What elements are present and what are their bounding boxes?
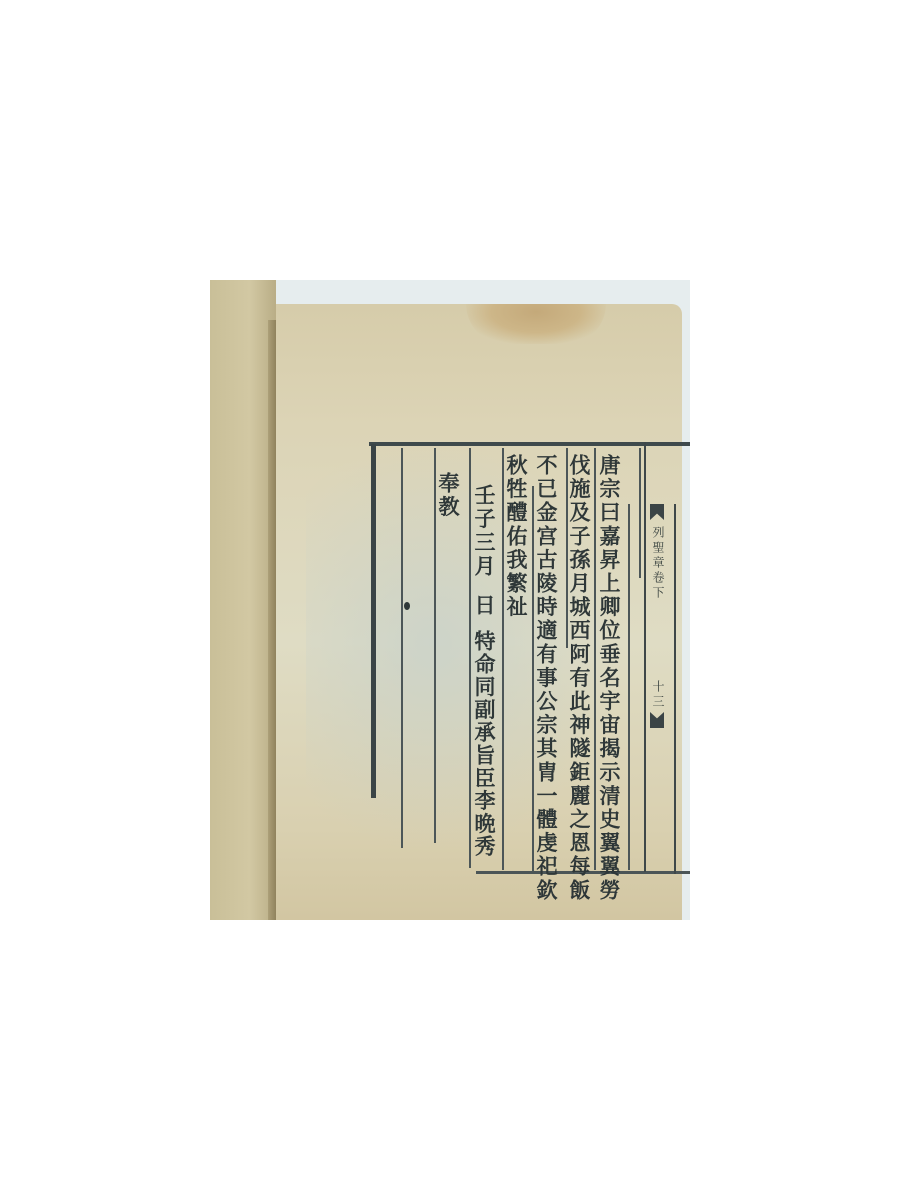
banxin-page-number: 十三 [652, 680, 664, 710]
date-day: 日 [474, 594, 495, 618]
upper-fishtail-mark [650, 504, 664, 520]
banxin-left-rule [644, 442, 646, 872]
right-page: 列聖章卷下 十三 唐宗曰嘉昇上卿位垂名宇宙揭示清史翼翼勞 伐施及子孫月城西阿有此… [276, 304, 682, 920]
ink-dot [404, 602, 410, 610]
page-gutter-edge [268, 320, 276, 920]
lower-fishtail-mark [650, 712, 664, 728]
column-rule [469, 448, 471, 868]
book-photo: 列聖章卷下 十三 唐宗曰嘉昇上卿位垂名宇宙揭示清史翼翼勞 伐施及子孫月城西阿有此… [210, 280, 690, 920]
banxin-title: 列聖章卷下 [652, 526, 664, 601]
left-page-verso [210, 280, 276, 920]
column-rule [628, 504, 630, 870]
date-column: 壬子三月 [474, 484, 495, 578]
text-column-2: 伐施及子孫月城西阿有此神隧鉅麗之恩每飯 [569, 454, 590, 902]
official-signature: 特命同副承旨臣李晩秀 [474, 630, 495, 858]
column-rule [639, 448, 641, 578]
text-column-3: 不已金宫古陵時適有事公宗其胄一體虔祀欽 [536, 454, 557, 902]
banxin-right-rule [674, 504, 676, 874]
text-column-4: 秋牲醴佑我繁祉 [506, 454, 527, 619]
by-royal-order: 奉教 [438, 472, 459, 519]
frame-top-border [369, 442, 690, 446]
text-column-1: 唐宗曰嘉昇上卿位垂名宇宙揭示清史翼翼勞 [599, 454, 620, 902]
water-stain [466, 304, 606, 344]
column-rule [594, 448, 596, 870]
frame-left-border [371, 444, 376, 798]
column-rule [401, 448, 403, 848]
